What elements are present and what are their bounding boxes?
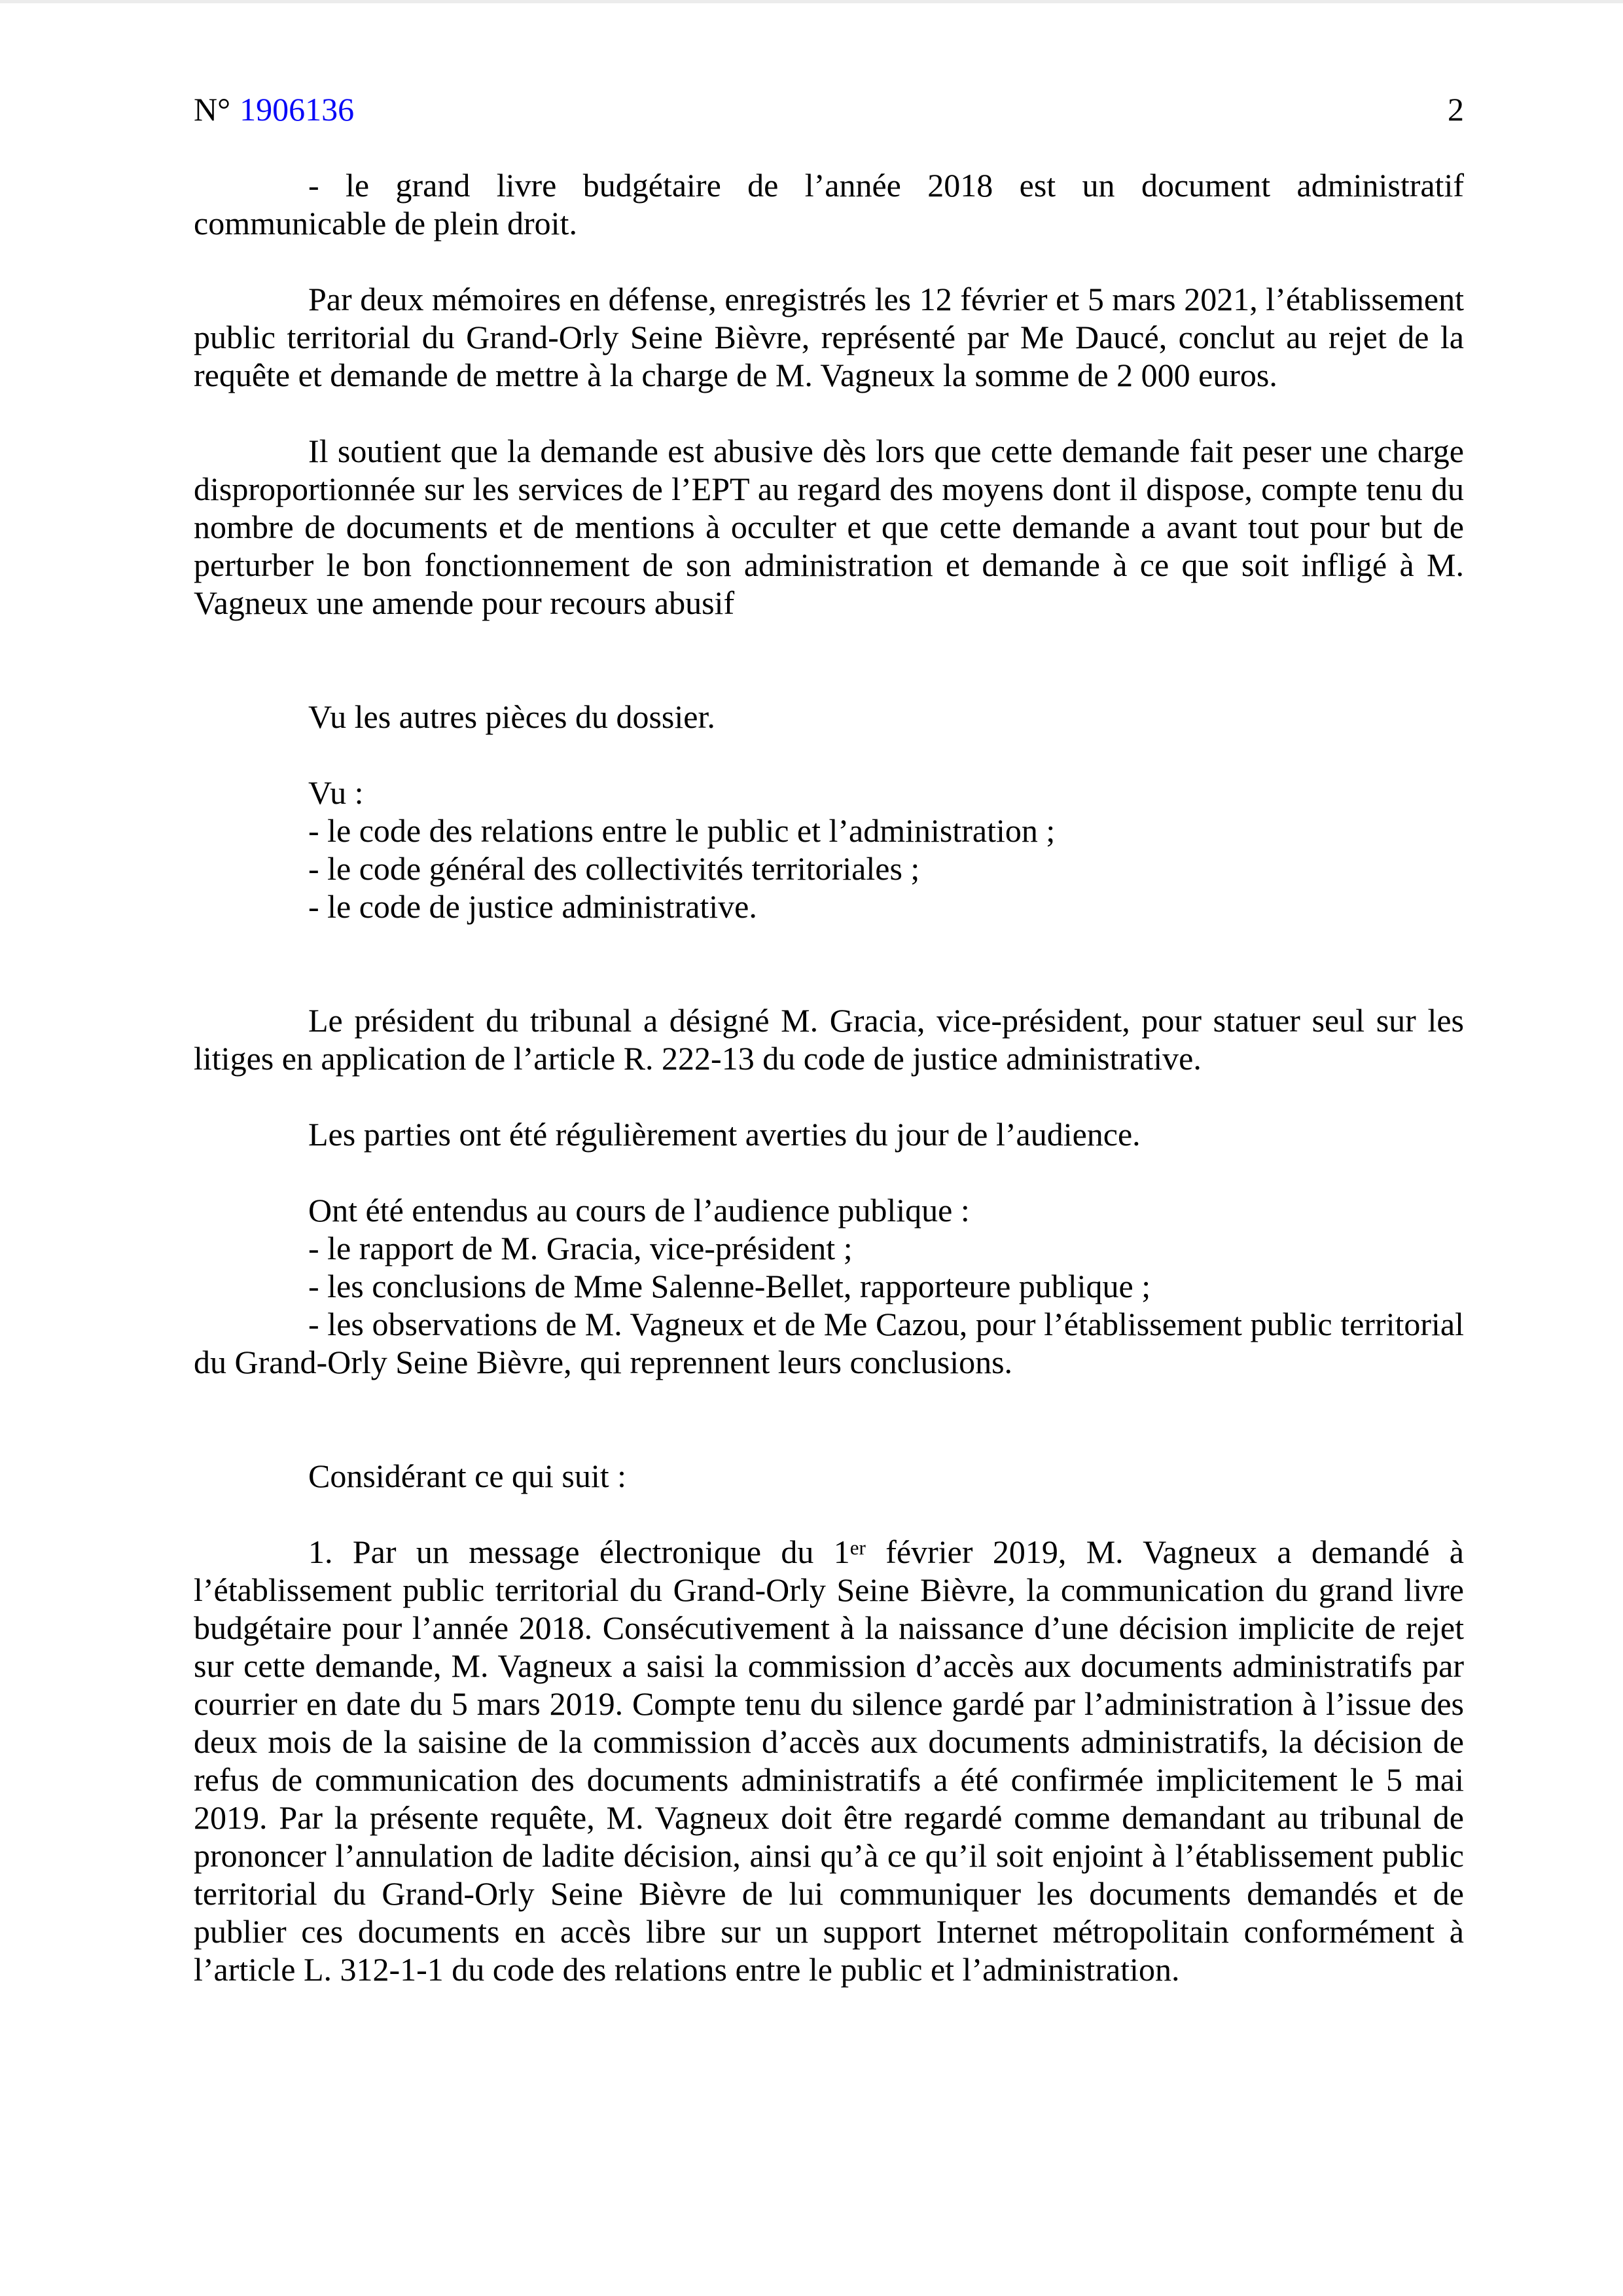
case-number-line: N°1906136 xyxy=(194,90,354,128)
paragraph-parties-averties: Les parties ont été régulièrement averti… xyxy=(194,1115,1464,1153)
paragraph-point-1: 1. Par un message électronique du 1er fé… xyxy=(194,1533,1464,1988)
page-number: 2 xyxy=(1448,90,1464,128)
scan-top-edge xyxy=(0,0,1623,3)
paragraph-vu-pieces-dossier: Vu les autres pièces du dossier. xyxy=(194,698,1464,736)
point-1-text-after-superscript: février 2019, M. Vagneux a demandé à l’é… xyxy=(194,1534,1464,1988)
paragraph-grand-livre-communicable: - le grand livre budgétaire de l’année 2… xyxy=(194,166,1464,242)
ordinal-superscript: er xyxy=(850,1536,866,1559)
list-item-observations-vagneux-cazou: - les observations de M. Vagneux et de M… xyxy=(194,1305,1464,1381)
list-item-code-relations-public-administration: - le code des relations entre le public … xyxy=(194,812,1464,850)
document-page: N°1906136 2 - le grand livre budgétaire … xyxy=(0,0,1623,2296)
list-item-rapport-gracia: - le rapport de M. Gracia, vice-présiden… xyxy=(194,1229,1464,1267)
case-number-value: 1906136 xyxy=(240,91,354,128)
point-1-text-before-superscript: 1. Par un message électronique du 1 xyxy=(308,1534,850,1570)
list-item-code-justice-administrative: - le code de justice administrative. xyxy=(194,888,1464,925)
list-item-code-collectivites-territoriales: - le code général des collectivités terr… xyxy=(194,850,1464,888)
case-number-label: N° xyxy=(194,91,230,128)
paragraph-vu-label: Vu : xyxy=(194,774,1464,812)
paragraph-president-designation: Le président du tribunal a désigné M. Gr… xyxy=(194,1001,1464,1077)
paragraph-considerant-intro: Considérant ce qui suit : xyxy=(194,1457,1464,1495)
list-item-conclusions-salenne-bellet: - les conclusions de Mme Salenne-Bellet,… xyxy=(194,1267,1464,1305)
page-header: N°1906136 2 xyxy=(194,90,1464,128)
paragraph-audience-publique-intro: Ont été entendus au cours de l’audience … xyxy=(194,1191,1464,1229)
paragraph-memoires-defense: Par deux mémoires en défense, enregistré… xyxy=(194,280,1464,394)
paragraph-demande-abusive: Il soutient que la demande est abusive d… xyxy=(194,432,1464,622)
